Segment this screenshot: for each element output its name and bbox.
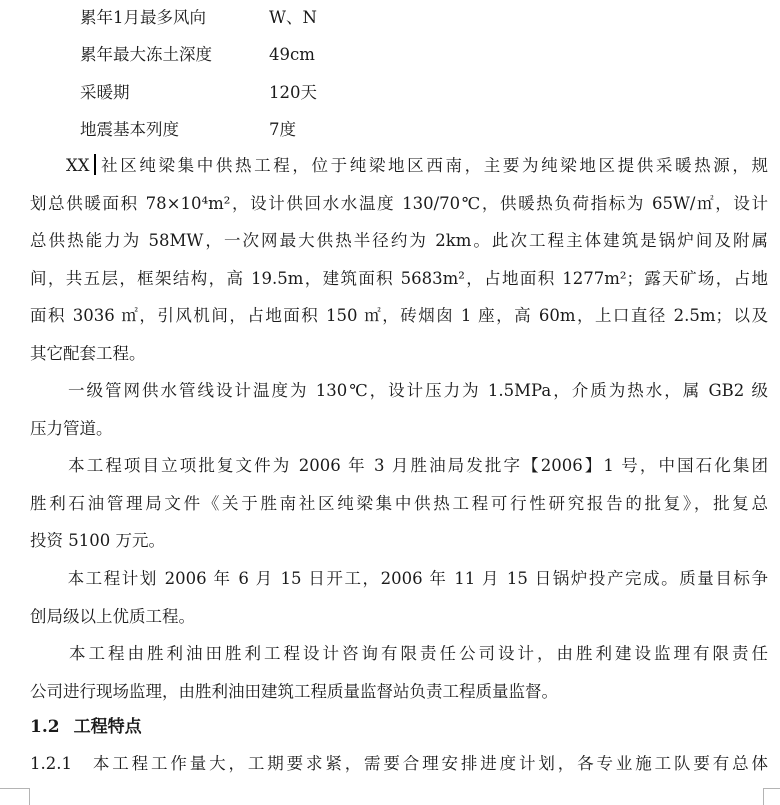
paragraph-line: 本工程项目立项批复文件为 2006 年 3 月胜油局发批字【2006】1 号，中… [30,447,768,485]
climate-label: 采暖期 [80,80,130,106]
paragraph-project-overview[interactable]: XX社区纯梁集中供热工程，位于纯梁地区西南，主要为纯梁地区提供采暖热源，规 划总… [30,147,768,372]
climate-value: 120天 [269,80,317,106]
section-title: 工程特点 [74,717,142,737]
paragraph-responsibility[interactable]: 本工程由胜利油田胜利工程设计咨询有限责任公司设计，由胜利建设监理有限责任 公司进… [30,635,768,710]
climate-value: W、N [269,5,317,31]
climate-value: 49cm [269,42,315,68]
section-number: 1.2 [30,717,60,737]
paragraph-approval[interactable]: 本工程项目立项批复文件为 2006 年 3 月胜油局发批字【2006】1 号，中… [30,447,768,560]
paragraph-line: XX社区纯梁集中供热工程，位于纯梁地区西南，主要为纯梁地区提供采暖热源，规 [30,147,768,185]
paragraph-line: 投资 5100 万元。 [30,522,768,560]
paragraph-line: 创局级以上优质工程。 [30,598,768,636]
subsection-number: 1.2.1 [30,754,72,773]
paragraph-line: 面积 3036 ㎡，引风机间，占地面积 150 ㎡，砖烟囱 1 座，高 60m，… [30,297,768,335]
climate-value: 7度 [269,117,296,143]
document-page[interactable]: 累年1月最多风向 W、N 累年最大冻土深度 49cm 采暖期 120天 地震基本… [0,0,780,805]
section-heading: 1.2工程特点 [30,714,142,740]
paragraph-line: 本工程由胜利油田胜利工程设计咨询有限责任公司设计，由胜利建设监理有限责任 [30,635,768,673]
page-margin-mark-left [0,788,30,805]
paragraph-line: 总供热能力为 58MW，一次网最大供热半径约为 2km。此次工程主体建筑是锅炉间… [30,222,768,260]
project-name-prefix: XX [66,156,90,175]
paragraph-line: 压力管道。 [30,410,768,448]
paragraph-pipeline[interactable]: 一级管网供水管线设计温度为 130℃，设计压力为 1.5MPa，介质为热水，属 … [30,372,768,447]
paragraph-line: 其它配套工程。 [30,335,768,373]
paragraph-line: 一级管网供水管线设计温度为 130℃，设计压力为 1.5MPa，介质为热水，属 … [30,372,768,410]
paragraph-line: 胜利石油管理局文件《关于胜南社区纯梁集中供热工程可行性研究报告的批复》，批复总 [30,485,768,523]
climate-label: 累年最大冻土深度 [80,42,212,68]
climate-label: 地震基本列度 [80,117,179,143]
paragraph-schedule[interactable]: 本工程计划 2006 年 6 月 15 日开工，2006 年 11 月 15 日… [30,560,768,635]
paragraph-line: 本工程计划 2006 年 6 月 15 日开工，2006 年 11 月 15 日… [30,560,768,598]
climate-label: 累年1月最多风向 [80,5,206,31]
text-cursor [94,154,96,175]
paragraph-line: 间，共五层，框架结构，高 19.5m，建筑面积 5683m²，占地面积 1277… [30,260,768,298]
subsection-item[interactable]: 1.2.1本工程工作量大，工期要求紧，需要合理安排进度计划，各专业施工队要有总体 [30,751,768,777]
paragraph-line: 公司进行现场监理，由胜利油田建筑工程质量监督站负责工程质量监督。 [30,673,768,711]
page-margin-mark-right [763,788,780,805]
subsection-text: 本工程工作量大，工期要求紧，需要合理安排进度计划，各专业施工队要有总体 [90,754,768,773]
paragraph-line: 划总供暖面积 78×10⁴m²，设计供回水水温度 130/70℃，供暖热负荷指标… [30,185,768,223]
